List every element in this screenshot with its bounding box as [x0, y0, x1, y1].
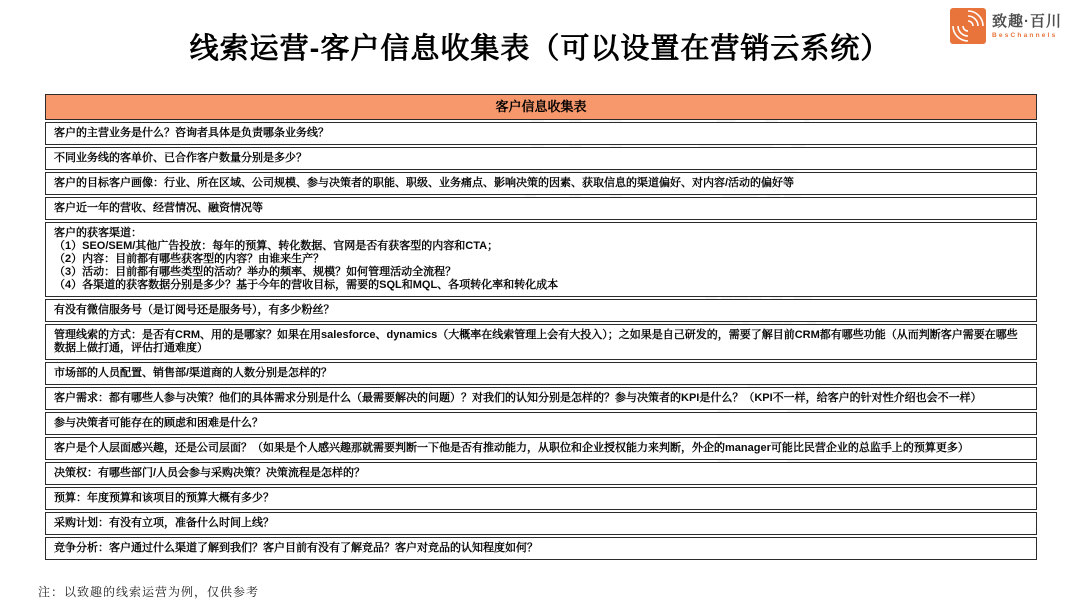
beschannels-logo-icon [950, 8, 986, 44]
slide-page: 致趣百川 线索运营-客户信息收集表（可以设置在营销云系统） 致趣·百川 BesC… [0, 0, 1080, 607]
row-text: 预算：年度预算和该项目的预算大概有多少？ [54, 492, 1028, 505]
table-row: 客户近一年的营收、经营情况、融资情况等 [45, 197, 1037, 220]
row-text: 客户的目标客户画像：行业、所在区域、公司规模、参与决策者的职能、职级、业务痛点、… [54, 177, 1028, 190]
row-text: 不同业务线的客单价、已合作客户数量分别是多少？ [54, 152, 1028, 165]
title-bar: 线索运营-客户信息收集表（可以设置在营销云系统） [0, 26, 1080, 67]
table-row: 预算：年度预算和该项目的预算大概有多少？ [45, 487, 1037, 510]
row-text: 决策权：有哪些部门/人员会参与采购决策？决策流程是怎样的？ [54, 467, 1028, 480]
table-row: 参与决策者可能存在的顾虑和困难是什么？ [45, 412, 1037, 435]
row-text: （3）活动：目前都有哪些类型的活动？举办的频率、规模？如何管理活动全流程？ [54, 266, 1028, 279]
row-text: 竞争分析：客户通过什么渠道了解到我们？客户目前有没有了解竞品？客户对竞品的认知程… [54, 542, 1028, 555]
row-text: 客户需求：都有哪些人参与决策？他们的具体需求分别是什么（最需要解决的问题）？对我… [54, 392, 1028, 405]
row-text: 管理线索的方式：是否有CRM、用的是哪家？如果在用salesforce、dyna… [54, 329, 1028, 355]
table-row: 市场部的人员配置、销售部/渠道商的人数分别是怎样的？ [45, 362, 1037, 385]
table-row: 竞争分析：客户通过什么渠道了解到我们？客户目前有没有了解竞品？客户对竞品的认知程… [45, 537, 1037, 560]
row-text: 采购计划：有没有立项，准备什么时间上线？ [54, 517, 1028, 530]
table-row: 客户的获客渠道：（1）SEO/SEM/其他广告投放：每年的预算、转化数据、官网是… [45, 222, 1037, 297]
row-text: 参与决策者可能存在的顾虑和困难是什么？ [54, 417, 1028, 430]
row-text: 客户的获客渠道： [54, 227, 1028, 240]
row-text: 市场部的人员配置、销售部/渠道商的人数分别是怎样的？ [54, 367, 1028, 380]
table-row: 管理线索的方式：是否有CRM、用的是哪家？如果在用salesforce、dyna… [45, 324, 1037, 360]
table-row: 决策权：有哪些部门/人员会参与采购决策？决策流程是怎样的？ [45, 462, 1037, 485]
row-text: 客户近一年的营收、经营情况、融资情况等 [54, 202, 1028, 215]
table-body: 客户的主营业务是什么？咨询者具体是负责哪条业务线？不同业务线的客单价、已合作客户… [45, 122, 1037, 560]
table-row: 客户的目标客户画像：行业、所在区域、公司规模、参与决策者的职能、职级、业务痛点、… [45, 172, 1037, 195]
footnote: 注：以致趣的线索运营为例，仅供参考 [38, 583, 259, 600]
table-row: 不同业务线的客单价、已合作客户数量分别是多少？ [45, 147, 1037, 170]
row-text: 有没有微信服务号（是订阅号还是服务号），有多少粉丝？ [54, 304, 1028, 317]
table-row: 客户是个人层面感兴趣，还是公司层面？（如果是个人感兴趣那就需要判断一下他是否有推… [45, 437, 1037, 460]
table-row: 客户需求：都有哪些人参与决策？他们的具体需求分别是什么（最需要解决的问题）？对我… [45, 387, 1037, 410]
row-text: （4）各渠道的获客数据分别是多少？基于今年的营收目标，需要的SQL和MQL、各项… [54, 279, 1028, 292]
table-row: 采购计划：有没有立项，准备什么时间上线？ [45, 512, 1037, 535]
row-text: （2）内容：目前都有哪些获客型的内容？由谁来生产？ [54, 253, 1028, 266]
brand-subtitle: BesChannels [992, 32, 1062, 39]
page-title: 线索运营-客户信息收集表（可以设置在营销云系统） [190, 33, 891, 65]
table-row: 有没有微信服务号（是订阅号还是服务号），有多少粉丝？ [45, 299, 1037, 322]
row-text: 客户的主营业务是什么？咨询者具体是负责哪条业务线？ [54, 127, 1028, 140]
row-text: 客户是个人层面感兴趣，还是公司层面？（如果是个人感兴趣那就需要判断一下他是否有推… [54, 442, 1028, 455]
brand-text: 致趣·百川 BesChannels [992, 13, 1062, 39]
table-header: 客户信息收集表 [45, 94, 1037, 120]
row-text: （1）SEO/SEM/其他广告投放：每年的预算、转化数据、官网是否有获客型的内容… [54, 240, 1028, 253]
brand-logo: 致趣·百川 BesChannels [950, 8, 1062, 44]
brand-name: 致趣·百川 [992, 13, 1062, 30]
table-row: 客户的主营业务是什么？咨询者具体是负责哪条业务线？ [45, 122, 1037, 145]
customer-info-table: 客户信息收集表 客户的主营业务是什么？咨询者具体是负责哪条业务线？不同业务线的客… [45, 94, 1037, 560]
